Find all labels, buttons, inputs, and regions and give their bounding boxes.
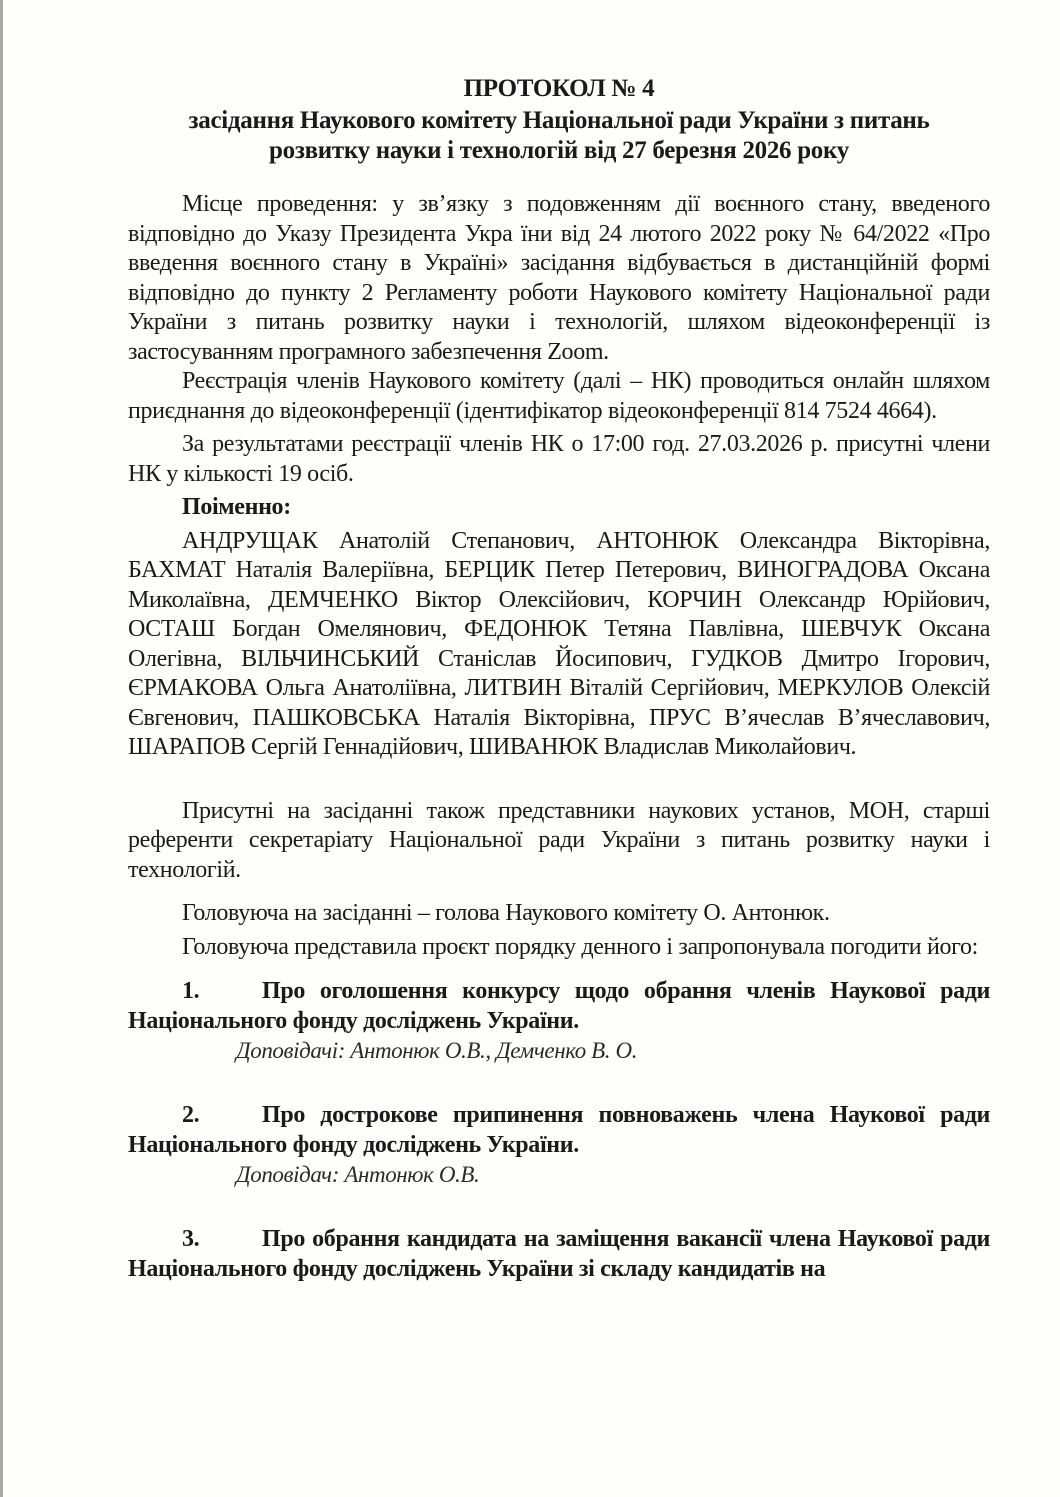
title-block: ПРОТОКОЛ № 4 засідання Наукового комітет… xyxy=(128,74,990,166)
agenda-item-2: 2.Про дострокове припинення повноважень … xyxy=(128,1100,990,1190)
agenda-item-speaker: Доповідач: Антонюк О.В. xyxy=(128,1160,990,1190)
results-paragraph: За результатами реєстрації членів НК о 1… xyxy=(128,430,990,489)
agenda-item-3: 3.Про обрання кандидата на заміщення вак… xyxy=(128,1224,990,1284)
meeting-subtitle-line2: розвитку науки і технологій від 27 берез… xyxy=(128,136,990,166)
agenda-item-text: 1.Про оголошення конкурсу щодо обрання ч… xyxy=(128,976,990,1036)
venue-paragraph: Місце проведення: у зв’язку з подовження… xyxy=(128,190,990,367)
agenda-item-speaker: Доповідачі: Антонюк О.В., Демченко В. О. xyxy=(128,1036,990,1066)
protocol-title: ПРОТОКОЛ № 4 xyxy=(128,74,990,104)
by-name-label: Поіменно: xyxy=(128,493,990,523)
also-present-paragraph: Присутні на засіданні також представники… xyxy=(128,797,990,886)
chair-paragraph: Головуюча на засіданні – голова Науковог… xyxy=(128,899,990,929)
meeting-subtitle-line1: засідання Наукового комітету Національно… xyxy=(128,106,990,136)
agenda-item-number: 2. xyxy=(128,1100,262,1130)
agenda-item-1: 1.Про оголошення конкурсу щодо обрання ч… xyxy=(128,976,990,1066)
agenda-item-number: 3. xyxy=(128,1224,262,1254)
members-list: АНДРУЩАК Анатолій Степанович, АНТОНЮК Ол… xyxy=(128,527,990,763)
agenda-item-number: 1. xyxy=(128,976,262,1006)
document-body: ПРОТОКОЛ № 4 засідання Наукового комітет… xyxy=(128,74,990,1284)
document-page: ПРОТОКОЛ № 4 засідання Наукового комітет… xyxy=(0,0,1060,1497)
registration-paragraph: Реєстрація членів Наукового комітету (да… xyxy=(128,367,990,426)
agenda-intro-paragraph: Головуюча представила проєкт порядку ден… xyxy=(128,933,990,963)
agenda-item-text: 2.Про дострокове припинення повноважень … xyxy=(128,1100,990,1160)
agenda-item-text: 3.Про обрання кандидата на заміщення вак… xyxy=(128,1224,990,1284)
scan-edge xyxy=(0,0,3,1497)
